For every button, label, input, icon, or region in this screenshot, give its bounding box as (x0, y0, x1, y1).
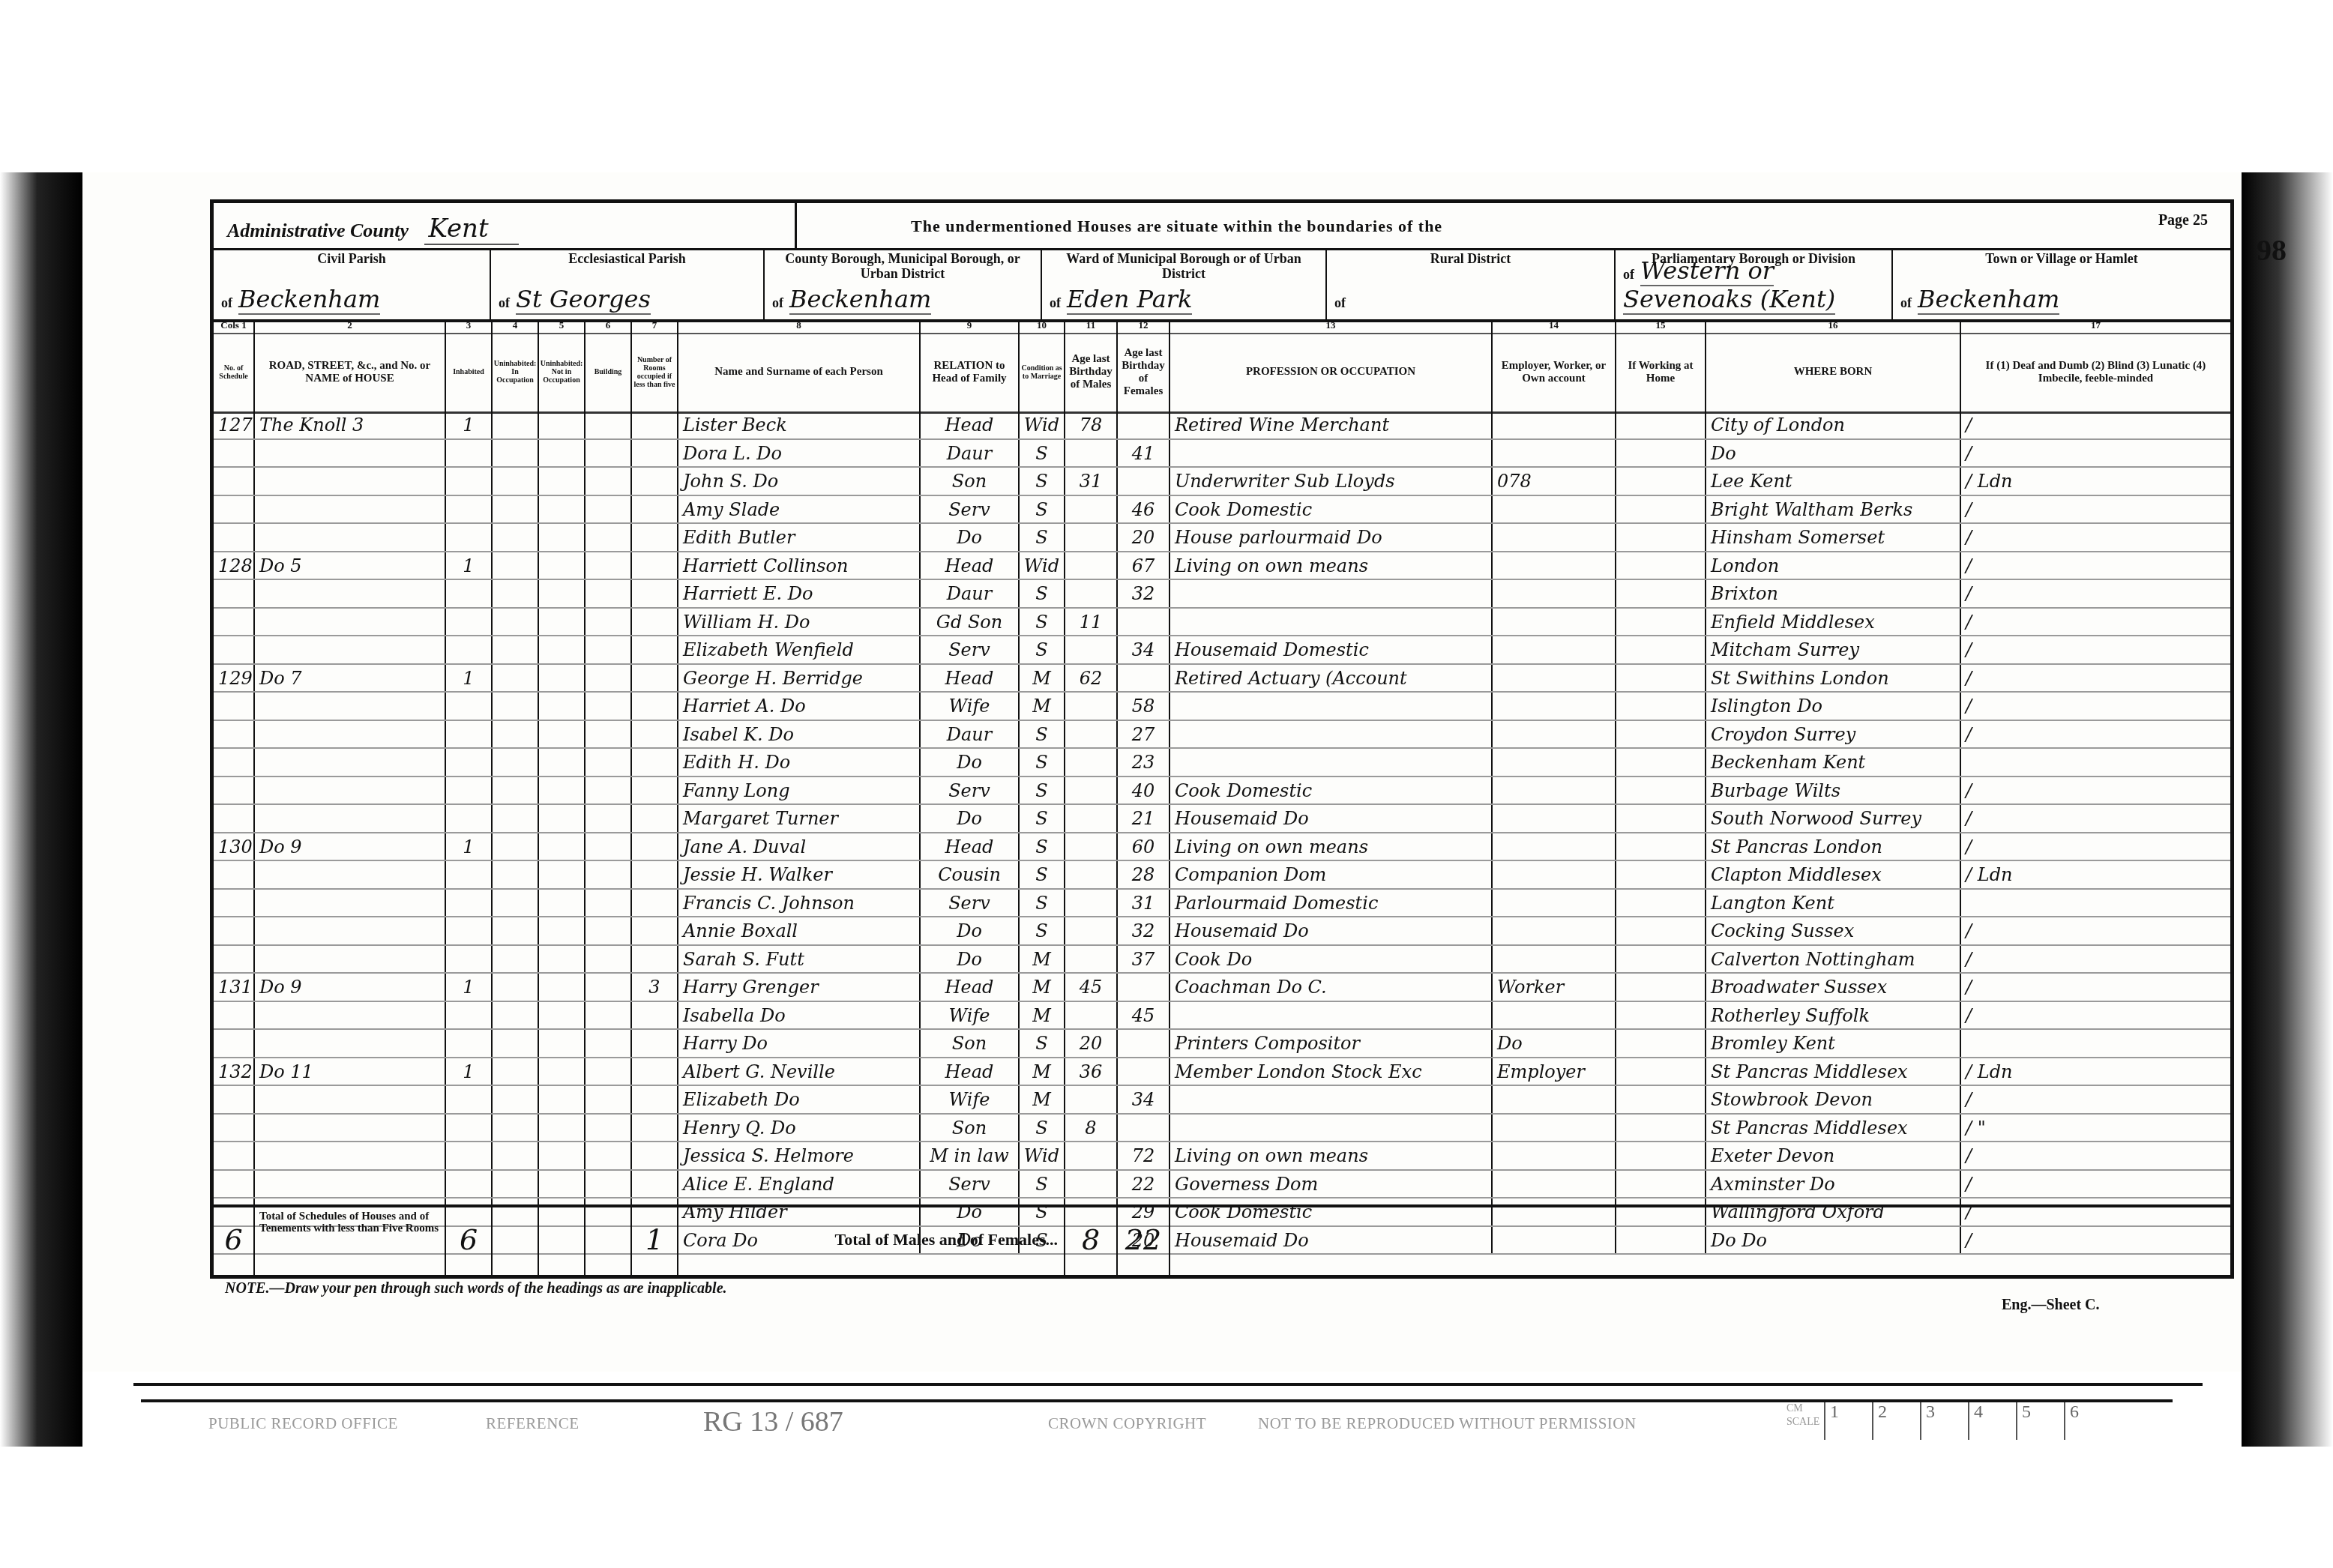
cell-address (255, 440, 446, 467)
table-row: 130Do 91Jane A. DuvalHeadS60Living on ow… (214, 833, 2230, 862)
cell-age_m (1065, 1086, 1118, 1113)
cell-u1 (493, 1142, 539, 1169)
cell-infirmity: / (1961, 411, 2230, 438)
area-county-borough-municipal-borough-or-urban-district: County Borough, Municipal Borough, or Ur… (765, 248, 1042, 319)
cell-age_m: 78 (1065, 411, 1118, 438)
cell-born: Cocking Sussex (1706, 917, 1961, 944)
cell-rooms (632, 1171, 678, 1198)
cell-schedule (214, 917, 255, 944)
record-office: PUBLIC RECORD OFFICE (208, 1414, 398, 1433)
cell-name: Jessie H. Walker (678, 861, 921, 888)
cell-b (585, 1058, 632, 1085)
cell-inhabited (446, 580, 493, 607)
cell-condition: S (1020, 468, 1065, 495)
cell-address (255, 1142, 446, 1169)
footnote: NOTE.—Draw your pen through such words o… (225, 1280, 727, 1297)
cell-home (1616, 636, 1706, 663)
cell-condition: S (1020, 861, 1065, 888)
cell-u2 (539, 496, 585, 523)
cell-relation: Do (921, 524, 1020, 551)
cell-age_m: 8 (1065, 1115, 1118, 1142)
cell-b (585, 665, 632, 692)
column-header: Building (585, 333, 632, 411)
cell-born: Do (1706, 440, 1961, 467)
cell-infirmity: / (1961, 552, 2230, 579)
cell-rooms (632, 1058, 678, 1085)
cell-schedule (214, 1002, 255, 1029)
cell-home (1616, 890, 1706, 917)
cell-born: Rotherley Suffolk (1706, 1002, 1961, 1029)
admin-county-label: Administrative County (227, 220, 409, 241)
cell-condition: M (1020, 665, 1065, 692)
cell-infirmity: / (1961, 580, 2230, 607)
cell-age_m (1065, 777, 1118, 804)
cell-schedule: 127 (214, 411, 255, 438)
cell-infirmity: / (1961, 946, 2230, 973)
cell-age_m: 62 (1065, 665, 1118, 692)
cell-condition: S (1020, 805, 1065, 832)
cell-infirmity: / (1961, 1002, 2230, 1029)
scale-label: CMSCALE (1786, 1402, 1824, 1440)
cell-home (1616, 1142, 1706, 1169)
cell-address (255, 946, 446, 973)
cell-name: John S. Do (678, 468, 921, 495)
boundaries-text: The undermentioned Houses are situate wi… (911, 217, 1442, 236)
cell-infirmity (1961, 1030, 2230, 1057)
cell-relation: Serv (921, 890, 1020, 917)
column-header: WHERE BORN (1706, 333, 1961, 411)
cell-infirmity: / (1961, 974, 2230, 1001)
cell-occupation: Cook Domestic (1170, 496, 1493, 523)
cell-age_m (1065, 833, 1118, 860)
cell-schedule (214, 946, 255, 973)
cell-employment (1493, 440, 1616, 467)
cell-schedule: 132 (214, 1058, 255, 1085)
total-schedules-label: Total of Schedules of Houses and of Tene… (255, 1207, 446, 1275)
cell-address (255, 636, 446, 663)
admin-county-value: Kent (424, 214, 519, 245)
cell-inhabited (446, 1002, 493, 1029)
cell-u2 (539, 1030, 585, 1057)
cell-address (255, 524, 446, 551)
cell-u1 (493, 749, 539, 776)
cell-u1 (493, 721, 539, 748)
table-row: Amy SladeServS46Cook DomesticBright Walt… (214, 496, 2230, 525)
cell-u1 (493, 1086, 539, 1113)
cell-b (585, 1030, 632, 1057)
cell-condition: S (1020, 1171, 1065, 1198)
cell-address (255, 1030, 446, 1057)
cell-relation: Serv (921, 777, 1020, 804)
cell-age_m (1065, 890, 1118, 917)
cell-name: Fanny Long (678, 777, 921, 804)
cell-schedule (214, 1086, 255, 1113)
cell-inhabited (446, 721, 493, 748)
cell-inhabited (446, 609, 493, 636)
cell-occupation: Retired Actuary (Account (1170, 665, 1493, 692)
cell-age_f (1118, 411, 1170, 438)
cell-age_f: 72 (1118, 1142, 1170, 1169)
area-ward-of-municipal-borough-or-of-urban-district: Ward of Municipal Borough or of Urban Di… (1042, 248, 1327, 319)
cell-age_f: 46 (1118, 496, 1170, 523)
cell-u2 (539, 524, 585, 551)
cell-condition: S (1020, 636, 1065, 663)
cell-condition: M (1020, 1058, 1065, 1085)
folio-number: 98 (2257, 232, 2287, 268)
cell-occupation: Housemaid Domestic (1170, 636, 1493, 663)
cell-u1 (493, 974, 539, 1001)
cell-home (1616, 777, 1706, 804)
area-civil-parish: Civil ParishofBeckenham (214, 248, 491, 319)
cell-occupation: Cook Domestic (1170, 777, 1493, 804)
cell-u2 (539, 1086, 585, 1113)
cell-age_f: 40 (1118, 777, 1170, 804)
cell-age_m (1065, 552, 1118, 579)
cell-employment (1493, 777, 1616, 804)
cell-infirmity: / (1961, 524, 2230, 551)
cell-name: Harriett Collinson (678, 552, 921, 579)
cell-employment (1493, 411, 1616, 438)
cell-rooms: 3 (632, 974, 678, 1001)
column-header: Number of Rooms occupied if less than fi… (632, 333, 678, 411)
cell-occupation (1170, 1086, 1493, 1113)
cell-u1 (493, 693, 539, 720)
column-header: ROAD, STREET, &c., and No. or NAME of HO… (255, 333, 446, 411)
cm-scale: CMSCALE 123456 (1786, 1402, 2112, 1440)
cell-b (585, 580, 632, 607)
column-number: 3 (446, 319, 493, 333)
cell-inhabited (446, 890, 493, 917)
cell-occupation: Housemaid Do (1170, 917, 1493, 944)
cell-inhabited (446, 524, 493, 551)
cell-condition: M (1020, 693, 1065, 720)
table-row: Annie BoxallDoS32Housemaid DoCocking Sus… (214, 917, 2230, 946)
cell-infirmity: / (1961, 440, 2230, 467)
cell-condition: Wid (1020, 552, 1065, 579)
cell-home (1616, 833, 1706, 860)
cell-relation: Head (921, 833, 1020, 860)
column-header: Condition as to Marriage (1020, 333, 1065, 411)
cell-u2 (539, 890, 585, 917)
reference-label: REFERENCE (486, 1414, 580, 1433)
cell-relation: Serv (921, 636, 1020, 663)
cell-relation: Wife (921, 1086, 1020, 1113)
cell-rooms (632, 636, 678, 663)
cell-address (255, 1086, 446, 1113)
cell-condition: S (1020, 1115, 1065, 1142)
table-row: Harry DoSonS20Printers CompositorDoBroml… (214, 1030, 2230, 1058)
cell-schedule (214, 496, 255, 523)
table-row: 127The Knoll 31Lister BeckHeadWid78Retir… (214, 411, 2230, 440)
column-number: 13 (1170, 319, 1493, 333)
cell-u2 (539, 833, 585, 860)
cell-address (255, 1115, 446, 1142)
table-row: Isabella DoWifeM45Rotherley Suffolk/ (214, 1002, 2230, 1031)
cell-home (1616, 861, 1706, 888)
cell-u2 (539, 777, 585, 804)
cell-employment (1493, 693, 1616, 720)
cell-infirmity: / Ldn (1961, 861, 2230, 888)
cell-schedule: 128 (214, 552, 255, 579)
column-header: No. of Schedule (214, 333, 255, 411)
cell-employment (1493, 496, 1616, 523)
cell-condition: S (1020, 833, 1065, 860)
cell-address (255, 468, 446, 495)
cell-u2 (539, 1171, 585, 1198)
column-number: 4 (493, 319, 539, 333)
cell-b (585, 524, 632, 551)
cell-infirmity: / (1961, 636, 2230, 663)
total-males: 8 (1065, 1207, 1118, 1275)
cell-age_f (1118, 665, 1170, 692)
cell-name: Annie Boxall (678, 917, 921, 944)
cell-age_m (1065, 524, 1118, 551)
cell-condition: M (1020, 974, 1065, 1001)
cell-born: Mitcham Surrey (1706, 636, 1961, 663)
permission-text: NOT TO BE REPRODUCED WITHOUT PERMISSION (1258, 1414, 1637, 1433)
cell-schedule (214, 524, 255, 551)
cell-relation: Son (921, 1030, 1020, 1057)
scan-shadow-left (0, 172, 82, 1447)
cell-age_f: 28 (1118, 861, 1170, 888)
cell-b (585, 861, 632, 888)
cell-relation: Serv (921, 1171, 1020, 1198)
cell-b (585, 1171, 632, 1198)
cell-born: Lee Kent (1706, 468, 1961, 495)
cell-u1 (493, 917, 539, 944)
census-rows: 127The Knoll 31Lister BeckHeadWid78Retir… (214, 411, 2230, 1255)
cell-u2 (539, 917, 585, 944)
cell-b (585, 833, 632, 860)
column-number: Cols 1 (214, 319, 255, 333)
cell-age_f: 34 (1118, 636, 1170, 663)
cell-u2 (539, 636, 585, 663)
cell-born: Axminster Do (1706, 1171, 1961, 1198)
cell-rooms (632, 1002, 678, 1029)
cell-address (255, 580, 446, 607)
cell-age_f: 34 (1118, 1086, 1170, 1113)
cell-employment (1493, 1142, 1616, 1169)
cell-age_m (1065, 805, 1118, 832)
cell-u1 (493, 468, 539, 495)
cell-relation: Do (921, 946, 1020, 973)
cell-home (1616, 1086, 1706, 1113)
cell-address (255, 917, 446, 944)
cell-u1 (493, 1171, 539, 1198)
cell-u1 (493, 1115, 539, 1142)
cell-born: South Norwood Surrey (1706, 805, 1961, 832)
cell-employment (1493, 917, 1616, 944)
cell-b (585, 1142, 632, 1169)
area-headers: Civil ParishofBeckenhamEcclesiastical Pa… (214, 248, 2230, 322)
cell-inhabited (446, 440, 493, 467)
cell-age_m (1065, 721, 1118, 748)
cell-u2 (539, 805, 585, 832)
column-header: Age last Birthday of Females (1118, 333, 1170, 411)
cell-employment: Do (1493, 1030, 1616, 1057)
cell-born: Brixton (1706, 580, 1961, 607)
cell-age_f (1118, 609, 1170, 636)
admin-county-box: Administrative County Kent (214, 203, 797, 248)
cell-home (1616, 552, 1706, 579)
cell-rooms (632, 890, 678, 917)
cell-born: St Pancras London (1706, 833, 1961, 860)
cell-born: Enfield Middlesex (1706, 609, 1961, 636)
cell-occupation: Living on own means (1170, 833, 1493, 860)
cell-rooms (632, 946, 678, 973)
cell-born: St Pancras Middlesex (1706, 1058, 1961, 1085)
cell-home (1616, 468, 1706, 495)
cell-rooms (632, 721, 678, 748)
cell-infirmity: / (1961, 609, 2230, 636)
cell-address: The Knoll 3 (255, 411, 446, 438)
admin-county: Administrative County Kent (227, 214, 519, 244)
cell-address (255, 861, 446, 888)
column-header: Name and Surname of each Person (678, 333, 921, 411)
cell-relation: Daur (921, 721, 1020, 748)
table-row: Jessica S. HelmoreM in lawWid72Living on… (214, 1142, 2230, 1171)
cell-infirmity: / (1961, 665, 2230, 692)
cell-age_f: 27 (1118, 721, 1170, 748)
column-header: Uninhabited: In Occupation (493, 333, 539, 411)
table-row: Jessie H. WalkerCousinS28Companion DomCl… (214, 861, 2230, 890)
archive-strip: PUBLIC RECORD OFFICE REFERENCE RG 13 / 6… (133, 1383, 2203, 1446)
cell-employment (1493, 1171, 1616, 1198)
cell-u2 (539, 1142, 585, 1169)
cell-employment: Employer (1493, 1058, 1616, 1085)
reference-number: RG 13 / 687 (703, 1405, 843, 1438)
cell-infirmity: / (1961, 833, 2230, 860)
cell-age_m (1065, 636, 1118, 663)
cell-u1 (493, 1002, 539, 1029)
cell-born: Hinsham Somerset (1706, 524, 1961, 551)
cell-age_m (1065, 1171, 1118, 1198)
cell-b (585, 411, 632, 438)
cell-born: Bromley Kent (1706, 1030, 1961, 1057)
column-number: 17 (1961, 319, 2230, 333)
cell-inhabited (446, 749, 493, 776)
table-row: Alice E. EnglandServS22Governess DomAxmi… (214, 1171, 2230, 1199)
cell-age_f: 23 (1118, 749, 1170, 776)
cell-b (585, 946, 632, 973)
cell-address: Do 7 (255, 665, 446, 692)
cell-schedule (214, 890, 255, 917)
cell-schedule (214, 440, 255, 467)
cell-rooms (632, 777, 678, 804)
cell-rooms (632, 833, 678, 860)
cell-infirmity (1961, 749, 2230, 776)
cell-born: Croydon Surrey (1706, 721, 1961, 748)
table-row: Margaret TurnerDoS21Housemaid DoSouth No… (214, 805, 2230, 833)
cell-u2 (539, 552, 585, 579)
cell-name: Elizabeth Wenfield (678, 636, 921, 663)
cell-condition: S (1020, 890, 1065, 917)
cell-schedule (214, 609, 255, 636)
cell-b (585, 805, 632, 832)
cell-inhabited (446, 468, 493, 495)
cell-schedule (214, 1142, 255, 1169)
total-rooms: 1 (632, 1207, 678, 1275)
cell-u1 (493, 411, 539, 438)
cell-relation: Son (921, 1115, 1020, 1142)
cell-born: St Swithins London (1706, 665, 1961, 692)
cell-home (1616, 805, 1706, 832)
cell-condition: S (1020, 609, 1065, 636)
cell-u1 (493, 496, 539, 523)
column-header: Inhabited (446, 333, 493, 411)
cell-occupation: Living on own means (1170, 552, 1493, 579)
cell-relation: Head (921, 552, 1020, 579)
sheet-code: Eng.—Sheet C. (2002, 1297, 2100, 1314)
cell-inhabited (446, 1030, 493, 1057)
table-row: William H. DoGd SonS11Enfield Middlesex/ (214, 609, 2230, 637)
header-top: Administrative County Kent The underment… (214, 203, 2230, 250)
table-row: Elizabeth WenfieldServS34Housemaid Domes… (214, 636, 2230, 665)
cell-u2 (539, 1115, 585, 1142)
cell-address (255, 693, 446, 720)
cell-infirmity: / (1961, 777, 2230, 804)
cell-inhabited (446, 636, 493, 663)
cell-rooms (632, 1115, 678, 1142)
cell-u2 (539, 693, 585, 720)
cell-born: Bright Waltham Berks (1706, 496, 1961, 523)
cell-rooms (632, 468, 678, 495)
table-row: Harriett E. DoDaurS32Brixton/ (214, 580, 2230, 609)
cell-u1 (493, 833, 539, 860)
cell-b (585, 974, 632, 1001)
census-schedule: Administrative County Kent The underment… (210, 199, 2234, 1279)
cell-condition: S (1020, 749, 1065, 776)
area-parliamentary-borough-or-division: Parliamentary Borough or DivisionofWeste… (1616, 248, 1893, 319)
cell-relation: Daur (921, 440, 1020, 467)
cell-employment (1493, 609, 1616, 636)
table-row: Henry Q. DoSonS8St Pancras Middlesex/ " (214, 1115, 2230, 1143)
cell-u1 (493, 609, 539, 636)
cell-age_f (1118, 1115, 1170, 1142)
cell-relation: Head (921, 665, 1020, 692)
column-header: PROFESSION OR OCCUPATION (1170, 333, 1493, 411)
cell-age_f (1118, 1058, 1170, 1085)
table-row: 132Do 111Albert G. NevilleHeadM36Member … (214, 1058, 2230, 1087)
cell-inhabited (446, 805, 493, 832)
table-row: Sarah S. FuttDoM37Cook DoCalverton Notti… (214, 946, 2230, 974)
cell-relation: Serv (921, 496, 1020, 523)
cell-occupation (1170, 609, 1493, 636)
total-houses-inhabited: 6 (446, 1207, 493, 1275)
cell-u2 (539, 749, 585, 776)
cell-u1 (493, 861, 539, 888)
cell-relation: M in law (921, 1142, 1020, 1169)
cell-condition: S (1020, 580, 1065, 607)
cell-schedule: 129 (214, 665, 255, 692)
column-number: 8 (678, 319, 921, 333)
cell-born: Clapton Middlesex (1706, 861, 1961, 888)
census-page: 98 Administrative County Kent The underm… (82, 172, 2242, 1372)
cell-address (255, 805, 446, 832)
cell-b (585, 917, 632, 944)
cell-name: Isabel K. Do (678, 721, 921, 748)
column-number: 14 (1493, 319, 1616, 333)
cell-condition: Wid (1020, 411, 1065, 438)
cell-b (585, 721, 632, 748)
cell-name: Henry Q. Do (678, 1115, 921, 1142)
cell-employment (1493, 524, 1616, 551)
cell-name: Jessica S. Helmore (678, 1142, 921, 1169)
cell-relation: Cousin (921, 861, 1020, 888)
column-header: Uninhabited: Not in Occupation (539, 333, 585, 411)
table-row: Edith H. DoDoS23Beckenham Kent (214, 749, 2230, 777)
cell-employment (1493, 1115, 1616, 1142)
